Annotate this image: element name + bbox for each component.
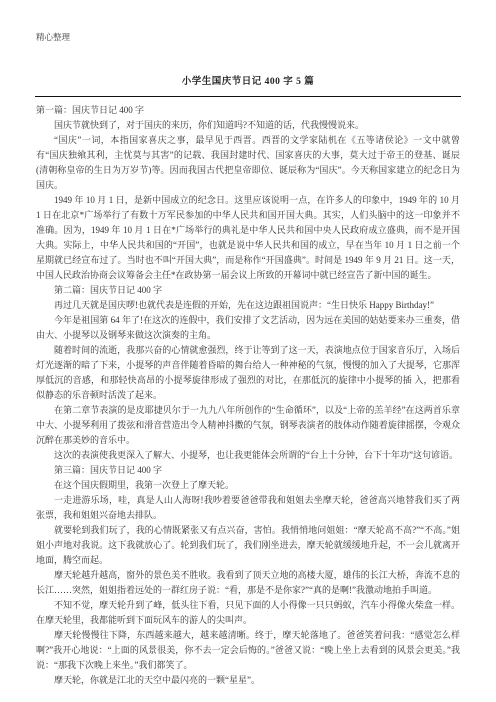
paragraph: 第二篇：国庆节日记 400 字 (36, 283, 460, 298)
paragraph: 再过几天就是国庆啰!也就代表是连假的开始，先在这边跟祖国说声：“生日快乐 Hap… (36, 298, 460, 313)
paragraph: 第三篇：国庆节日记 400 字 (36, 463, 460, 478)
paragraph: 摩天轮越升越高，窗外的景色美不胜收。我看到了顶天立地的高楼大厦，雄伟的长江大桥，… (36, 568, 460, 598)
document-page: 精心整理 小学生国庆节日记 400 字 5 篇 第一篇：国庆节日记 400 字国… (0, 0, 496, 702)
paragraph: “国庆”一词，本指国家喜庆之事，最早见于西晋。西晋的文学家陆机在《五等诸侯论》一… (36, 133, 460, 193)
document-body: 第一篇：国庆节日记 400 字国庆节就快到了，对于国庆的来历，你们知道吗?不知道… (36, 103, 460, 688)
paragraph: 这次的表演使我更深入了解大、小提琴，也让我更能体会所谓的“台上十分钟，台下十年功… (36, 448, 460, 463)
paragraph: 就要轮到我们玩了，我的心情既紧张又有点兴奋，害怕。我悄悄地问姐姐：“摩天轮高不高… (36, 523, 460, 568)
paragraph: 摩天轮慢慢往下降，东西越来越大，越来越清晰。终于，摩天轮落地了。爸爸笑着问我：“… (36, 628, 460, 673)
paragraph: 随着时间的流逝，我那兴奋的心情就愈强烈，终于让等到了这一天，表演地点位于国家音乐… (36, 343, 460, 403)
paragraph: 一走进游乐场，哇，真是人山人海呀!我吵着要爸爸带我和姐姐去坐摩天轮，爸爸高兴地替… (36, 493, 460, 523)
paragraph: 在这个国庆假期里，我第一次登上了摩天轮。 (36, 478, 460, 493)
paragraph: 1949 年 10 月 1 日，是新中国成立的纪念日。这里应该说明一点，在许多人… (36, 193, 460, 283)
title-divider (35, 96, 461, 97)
title-area: 小学生国庆节日记 400 字 5 篇 (36, 76, 460, 89)
paragraph: 摩天轮，你就是江北的天空中最闪亮的一颗“星星”。 (36, 673, 460, 688)
paragraph: 在第二章节表演的是皮耶捷贝尔于一九九八年所创作的“生命循环”，以及“上帝的羔羊经… (36, 403, 460, 448)
paragraph: 今年是祖国第 64 年了!在这次的连假中，我们安排了文艺活动，因为远在美国的姑姑… (36, 313, 460, 343)
page-title: 小学生国庆节日记 400 字 5 篇 (36, 76, 460, 89)
paragraph: 不知不觉，摩天轮升到了峰，低头往下看，只见下面的人小得像一只只蚂蚁，汽车小得像火… (36, 598, 460, 628)
paragraph: 国庆节就快到了，对于国庆的来历，你们知道吗?不知道的话，代我慢慢说来。 (36, 118, 460, 133)
paragraph: 第一篇：国庆节日记 400 字 (36, 103, 460, 118)
header-note: 精心整理 (36, 32, 70, 43)
